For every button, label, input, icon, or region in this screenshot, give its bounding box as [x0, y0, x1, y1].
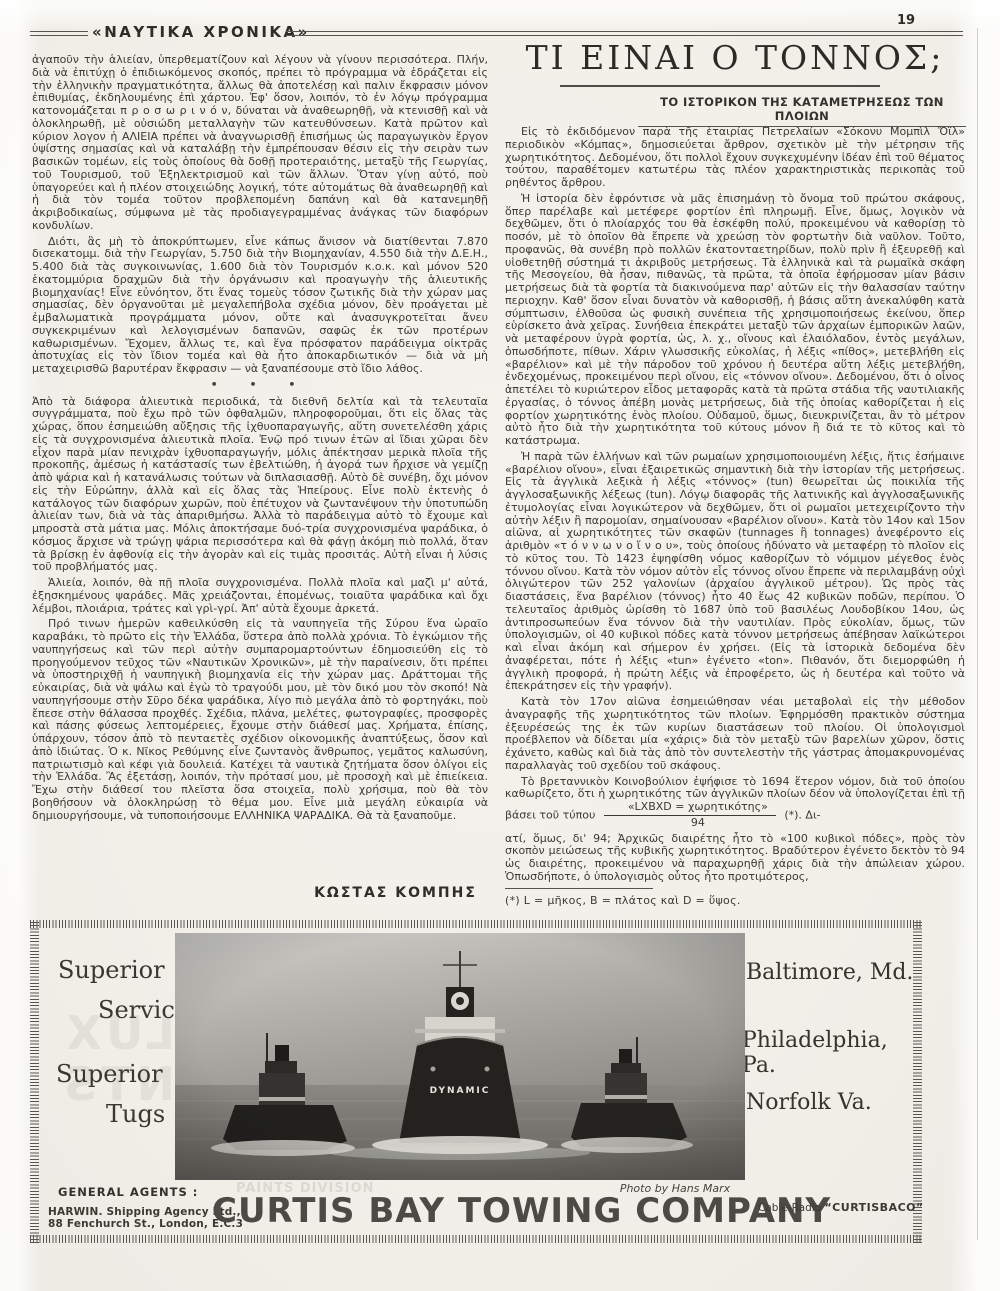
- paragraph: Ἀπὸ τὰ διάφορα ἁλιευτικὰ περιοδικά, τὰ δ…: [32, 396, 488, 575]
- ad-border-left: [30, 920, 39, 1243]
- formula-footnote-marker: (*). Δι-: [784, 808, 820, 821]
- formula-denominator: 94: [604, 816, 776, 830]
- ad-border-top: [30, 920, 922, 928]
- city-name: Philadelphia, Pa.: [742, 1028, 922, 1078]
- slogan-word: Tugs: [106, 1100, 165, 1128]
- ad-border-right: [913, 920, 922, 1243]
- city-name: Baltimore, Md.: [746, 960, 913, 985]
- slogan-word: Superior: [56, 1060, 163, 1088]
- slogan-word: Superior: [58, 956, 165, 984]
- header-rule-left: [30, 31, 88, 36]
- paragraph: Ἁλιεία, λοιπόν, θὰ πῇ πλοῖα συγχρονισμέν…: [32, 577, 488, 615]
- page-number: 19: [897, 13, 915, 28]
- cable-name: “CURTISBACO”: [824, 1201, 923, 1214]
- paragraph: Διότι, ἃς μὴ τὸ ἀποκρύπτωμεν, εἶνε κάπως…: [32, 236, 488, 376]
- tugboat-photo: DYNAMIC: [175, 933, 745, 1180]
- general-agents-label: GENERAL AGENTS :: [58, 1185, 198, 1199]
- paragraph: Κατὰ τὸν 17ον αἰῶνα ἐσημειώθησαν νέαι με…: [505, 696, 965, 773]
- paragraph: ατί, ὅμως, δι' 94; Ἀρχικῶς διαιρέτης ἦτο…: [505, 833, 965, 884]
- ad-border-bottom: [30, 1235, 922, 1243]
- curtis-bay-advertisement: LUX NTS ISTRIES Ltd.. PAINTS DIVISION Su…: [30, 920, 922, 1243]
- paragraph: Εἰς τὸ ἐκδιδόμενον παρὰ τῆς ἑταιρίας Πετ…: [505, 126, 965, 190]
- cable-label: Cable-Radio: [758, 1202, 821, 1214]
- company-name: CURTIS BAY TOWING COMPANY: [212, 1191, 777, 1231]
- article-title: ΤΙ ΕΙΝΑΙ Ο ΤΟΝΝΟΣ;: [505, 38, 965, 77]
- paragraph: Ἡ ἱστορία δὲν ἐφρόντισε νὰ μᾶς ἐπισημάνῃ…: [505, 193, 965, 448]
- tonnage-formula: «LXBXD = χωρητικότης» 94: [604, 801, 776, 830]
- section-separator: • • •: [32, 379, 488, 392]
- left-column: ἀγαποῦν τὴν ἁλιείαν, ὑπερθεματίζουν καὶ …: [32, 54, 488, 882]
- right-column: Εἰς τὸ ἐκδιδόμενον παρὰ τῆς ἑταιρίας Πετ…: [505, 126, 965, 892]
- paragraph: Ἡ παρὰ τῶν ἑλλήνων καὶ τῶν ρωμαίων χρησι…: [505, 451, 965, 693]
- formula-numerator: «LXBXD = χωρητικότης»: [604, 801, 776, 816]
- footnote-rule: [505, 888, 653, 889]
- author-signature: ΚΩΣΤΑΣ ΚΟΜΠΗΣ: [298, 885, 493, 901]
- title-rule: [560, 85, 880, 87]
- formula-paragraph: Τὸ βρεταννικὸν Κοινοβούλιον ἐψήφισε τὸ 1…: [505, 776, 965, 830]
- city-name: Norfolk Va.: [746, 1090, 872, 1115]
- scan-edge-line: [977, 28, 978, 1240]
- footnote: (*) L = μῆκος, B = πλάτος καὶ D = ὕψος.: [505, 894, 935, 907]
- article-subtitle: ΤΟ ΙΣΤΟΡΙΚΟΝ ΤΗΣ ΚΑΤΑΜΕΤΡΗΣΕΩΣ ΤΩΝ ΠΛΟΙΩ…: [638, 95, 966, 127]
- header-rule-right: [286, 31, 963, 36]
- paragraph: Πρό τινων ἡμερῶν καθειλκύσθη εἰς τὰ ναυπ…: [32, 618, 488, 822]
- magazine-page: «ΝΑΥΤΙΚΑ ΧΡΟΝΙΚΑ» 19 ἀγαποῦν τὴν ἁλιείαν…: [0, 0, 1000, 1291]
- cable-radio: Cable-Radio “CURTISBACO”: [758, 1201, 924, 1214]
- paragraph: ἀγαποῦν τὴν ἁλιείαν, ὑπερθεματίζουν καὶ …: [32, 54, 488, 233]
- photo-vignette: [175, 933, 745, 1180]
- magazine-title: «ΝΑΥΤΙΚΑ ΧΡΟΝΙΚΑ»: [92, 23, 310, 41]
